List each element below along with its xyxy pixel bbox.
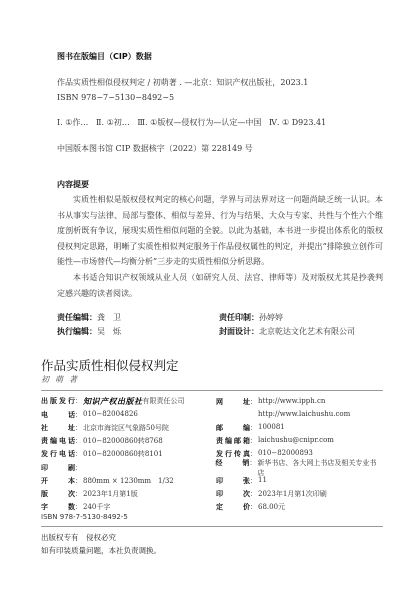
info-value: 010−82000860转8768 — [83, 436, 163, 446]
summary-heading: 内容提要 — [57, 179, 89, 190]
staff-label: 封面设计： — [219, 326, 259, 337]
info-value: http://www.laichushu.com — [258, 410, 350, 420]
divider-top — [41, 390, 383, 391]
info-row: 版 次： 2023年1月第1版 印 次： 2023年1月第1次印刷 — [41, 487, 383, 500]
info-label: 版 次 — [41, 489, 75, 499]
staff-credits: 责任编辑： 龚 卫 责任印制： 孙婷婷 执行编辑： 吴 烁 封面设计： 北京乾达… — [57, 310, 387, 338]
publisher-suffix: 有限责任公司 — [143, 396, 185, 407]
cip-number-line: 中国版本图书馆 CIP 数据核字（2022）第 228149 号 — [57, 143, 253, 154]
summary-body: 实质性相似是版权侵权判定的核心问题，学界与司法界对这一问题尚缺乏统一认识。本书从… — [57, 192, 383, 301]
staff-row: 责任编辑： 龚 卫 责任印制： 孙婷婷 — [57, 310, 387, 324]
info-label: 经 销 — [215, 458, 249, 478]
info-row: 出版发行： 知识产权出版社 有限责任公司 网 址： http://www.ipp… — [41, 395, 383, 408]
cip-title-line: 作品实质性相似侵权判定 / 初萌著 . —北京：知识产权出版社，2023.1 — [57, 77, 308, 88]
staff-value: 北京乾达文化艺术有限公司 — [259, 326, 355, 337]
staff-value: 孙婷婷 — [259, 312, 283, 323]
isbn-barcode-text: ISBN 978-7-5130-8492-5 — [41, 513, 128, 521]
info-row: 责编电话： 010−82000860转8768 责编邮箱： laichushu@… — [41, 435, 383, 448]
staff-label: 责任印制： — [219, 312, 259, 323]
info-label: 印 刷 — [41, 463, 75, 473]
divider-bottom — [41, 526, 383, 527]
info-value: 2023年1月第1次印刷 — [258, 489, 327, 499]
info-row: 字 数： 240千字 定 价： 68.00元 — [41, 501, 383, 514]
publication-info-table: 出版发行： 知识产权出版社 有限责任公司 网 址： http://www.ipp… — [41, 395, 383, 514]
info-label: 责编邮箱 — [216, 436, 250, 446]
cip-isbn-line: ISBN 978−7−5130−8492−5 — [57, 93, 174, 102]
info-value: http://www.ipph.cn — [258, 397, 325, 407]
info-value: 68.00元 — [258, 502, 285, 512]
info-label: 字 数 — [41, 502, 75, 512]
summary-paragraph: 本书适合知识产权领域从业人员（如研究人员、法官、律师等）及对版权尤其是抄袭判定感… — [57, 270, 383, 301]
info-value: 新华书店、各大网上书店及相关专业书店 — [257, 458, 383, 478]
book-title: 作品实质性相似侵权判定 — [41, 356, 179, 374]
info-row: 社 址： 北京市海淀区气象路50号院 邮 编： 100081 — [41, 421, 383, 434]
cip-classification-line: Ⅰ. ①作… Ⅱ. ①初… Ⅲ. ①版权—侵权行为—认定—中国 Ⅳ. ① D92… — [57, 117, 326, 128]
staff-label: 责任编辑： — [57, 312, 97, 323]
info-label: 出版发行 — [41, 396, 75, 407]
info-label: 发行电话 — [41, 449, 75, 459]
info-label: 印 次 — [216, 489, 250, 499]
info-row: 电 话： 010−82004826 ： http://www.laichushu… — [41, 408, 383, 421]
info-label: 社 址 — [41, 423, 75, 433]
info-value: 880mm × 1230mm 1/32 — [83, 476, 174, 486]
summary-paragraph: 实质性相似是版权侵权判定的核心问题，学界与司法界对这一问题尚缺乏统一认识。本书从… — [57, 192, 383, 270]
staff-label: 执行编辑： — [57, 326, 97, 337]
info-label: 定 价 — [216, 502, 250, 512]
info-label — [216, 410, 250, 420]
cip-heading: 图书在版编目（CIP）数据 — [57, 51, 152, 62]
info-label: 责编电话 — [41, 436, 75, 446]
info-value: 010−82004826 — [83, 410, 138, 420]
rights-notice: 出版权专有 侵权必究 — [41, 532, 116, 543]
staff-value: 吴 烁 — [97, 326, 121, 337]
info-label: 电 话 — [41, 410, 75, 420]
publisher-logo-text: 知识产权出版社 — [83, 396, 143, 407]
info-label: 网 址 — [216, 397, 250, 407]
info-label: 开 本 — [41, 476, 75, 486]
staff-value: 龚 卫 — [97, 312, 121, 323]
info-value: 240千字 — [83, 502, 110, 512]
info-value: 北京市海淀区气象路50号院 — [83, 423, 169, 433]
book-author: 初萌著 — [41, 374, 83, 385]
info-value: 11 — [258, 476, 267, 486]
info-row: 印 刷： 经 销： 新华书店、各大网上书店及相关专业书店 — [41, 461, 383, 474]
info-value: laichushu@cnipr.com — [258, 436, 334, 446]
info-value: 100081 — [258, 423, 285, 433]
info-label: 邮 编 — [216, 423, 250, 433]
info-value: 2023年1月第1版 — [83, 489, 138, 499]
staff-row: 执行编辑： 吴 烁 封面设计： 北京乾达文化艺术有限公司 — [57, 324, 387, 338]
info-value: 010−82000860转8101 — [83, 449, 163, 459]
info-label: 印 张 — [216, 476, 250, 486]
quality-notice: 如有印装质量问题，本社负责调换。 — [41, 545, 161, 556]
